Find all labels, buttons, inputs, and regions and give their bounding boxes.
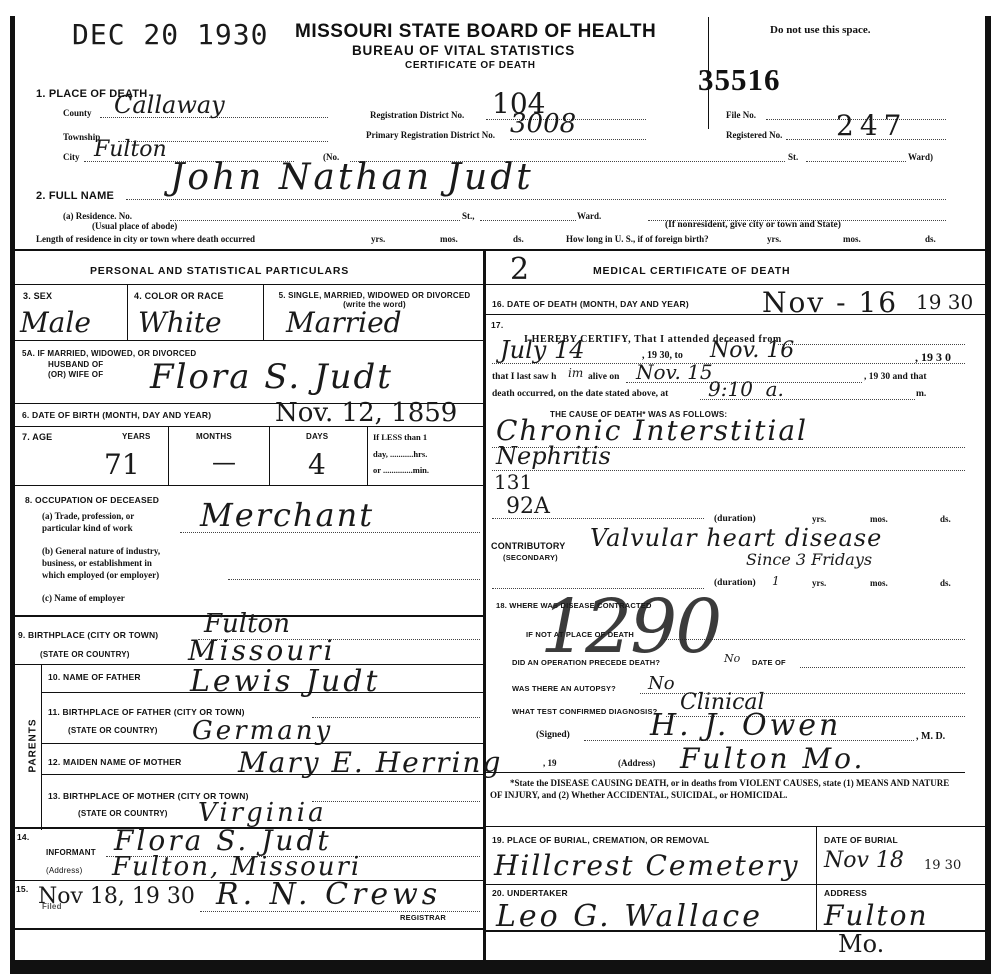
primary-registration-district-value: 3008 <box>510 109 576 139</box>
contributory-duration-value: 1 <box>772 574 780 588</box>
rule <box>127 285 128 340</box>
father-birthplace-value[interactable]: Germany <box>192 716 333 746</box>
father-name-value[interactable]: Lewis Judt <box>190 664 381 699</box>
parents-side-label: PARENTS <box>28 718 39 772</box>
medical-section-mark: 2 <box>510 252 529 287</box>
cause-footnote: *State the DISEASE CAUSING DEATH, or in … <box>490 777 960 801</box>
age-days-label: DAYS <box>306 432 328 441</box>
board-title: MISSOURI STATE BOARD OF HEALTH <box>295 21 656 43</box>
mother-birthplace-state-label: (STATE OR COUNTRY) <box>78 809 168 818</box>
bureau-title: BUREAU OF VITAL STATISTICS <box>352 43 575 58</box>
rule <box>41 665 42 830</box>
length-of-residence-label: Length of residence in city or town wher… <box>36 234 255 244</box>
received-date-stamp: DEC 20 1930 <box>72 18 268 51</box>
autopsy-value: No <box>648 673 675 694</box>
trade-value: Merchant <box>200 496 374 534</box>
physician-address-value[interactable]: Fulton Mo. <box>680 742 865 775</box>
birthplace-city-label: 9. BIRTHPLACE (CITY OR TOWN) <box>18 630 158 640</box>
rule <box>486 930 985 932</box>
death-time-suffix: m. <box>916 389 926 399</box>
age-days-value[interactable]: 4 <box>308 448 326 481</box>
residence-ds-label: ds. <box>513 234 524 244</box>
rule <box>486 884 985 885</box>
birthplace-state-label: (STATE OR COUNTRY) <box>40 650 130 659</box>
burial-place-label: 19. PLACE OF BURIAL, CREMATION, OR REMOV… <box>492 835 709 845</box>
signed-year-label: , 19 <box>543 758 557 768</box>
filed-number: 15. <box>16 884 28 894</box>
birthplace-state-value[interactable]: Missouri <box>188 634 336 667</box>
full-name-label: 2. FULL NAME <box>36 190 114 202</box>
rule <box>367 427 368 485</box>
primary-registration-district-field[interactable]: 3008 <box>510 127 646 140</box>
burial-date-year: 19 30 <box>924 858 961 873</box>
residence-yrs-label: yrs. <box>371 234 385 244</box>
burial-date-value[interactable]: Nov 18 <box>824 848 904 873</box>
informant-label: INFORMANT <box>46 848 96 857</box>
operation-date-label: DATE OF <box>752 658 786 667</box>
rule <box>41 743 483 744</box>
contributory-yrs-label: yrs. <box>812 578 826 588</box>
father-birthplace-city-field[interactable] <box>312 707 480 718</box>
registrar-field[interactable]: R. N. Crews <box>200 901 480 912</box>
file-no-label: File No. <box>726 110 756 120</box>
cause-code-2: 92A <box>506 494 550 519</box>
industry-field[interactable] <box>228 569 480 580</box>
attended-from-value: July 14 <box>500 336 584 364</box>
operation-label: DID AN OPERATION PRECEDE DEATH? <box>512 658 660 667</box>
page-border-bottom <box>10 960 991 974</box>
usual-place-note: (Usual place of abode) <box>92 221 177 231</box>
trade-label-2: particular kind of work <box>42 523 133 533</box>
rule <box>14 426 483 427</box>
rule <box>816 827 817 930</box>
rule <box>486 826 985 827</box>
industry-label-1: (b) General nature of industry, <box>42 546 160 556</box>
nonresident-note: (If nonresident, give city or town and S… <box>665 220 841 230</box>
city-label: City <box>63 152 80 162</box>
death-time-value: 9:10 a. <box>708 377 784 401</box>
death-occurred-label: death occurred, on the date stated above… <box>492 389 668 399</box>
occupation-label: 8. OCCUPATION OF DECEASED <box>25 495 159 505</box>
md-label: , M. D. <box>916 731 945 742</box>
undertaker-value[interactable]: Leo G. Wallace <box>496 899 763 934</box>
residence-ward-label: Ward. <box>577 211 601 221</box>
registered-no-label: Registered No. <box>726 130 782 140</box>
registration-district-label: Registration District No. <box>370 110 464 120</box>
rule <box>14 284 483 285</box>
age-months-label: MONTHS <box>196 432 232 441</box>
cause-code-1: 131 <box>494 470 532 494</box>
residence-street-label: St., <box>462 211 475 221</box>
operation-value[interactable]: No <box>724 652 740 665</box>
full-name-field[interactable]: John Nathan Judt <box>126 187 946 200</box>
us-ds-label: ds. <box>925 234 936 244</box>
page-border-left <box>10 16 15 968</box>
registrar-label: REGISTRAR <box>400 913 446 922</box>
trade-field[interactable]: Merchant <box>180 522 480 533</box>
filed-date-value[interactable]: Nov 18, 19 30 <box>38 884 195 909</box>
secondary-label: (SECONDARY) <box>503 553 558 562</box>
full-name-value: John Nathan Judt <box>170 157 534 198</box>
column-divider <box>483 250 486 960</box>
cause-duration-label: (duration) <box>714 514 756 524</box>
rule <box>41 774 483 775</box>
burial-date-label: DATE OF BURIAL <box>824 835 898 845</box>
contributory-value[interactable]: Valvular heart disease <box>590 524 882 552</box>
attended-to-year: , 19 3 0 <box>915 350 951 365</box>
contributory-label: CONTRIBUTORY <box>491 541 565 551</box>
primary-registration-district-label: Primary Registration District No. <box>366 130 495 140</box>
county-field[interactable]: Callaway <box>100 105 328 118</box>
marital-status-value[interactable]: Married <box>286 306 402 339</box>
rule <box>486 314 985 315</box>
last-saw-pronoun: im <box>568 366 583 380</box>
contributory-ds-label: ds. <box>940 578 951 588</box>
diagnosis-test-label: WHAT TEST CONFIRMED DIAGNOSIS? <box>512 707 657 716</box>
residence-number-field[interactable] <box>170 208 460 221</box>
last-saw-year: , 19 30 and that <box>864 372 927 382</box>
autopsy-label: WAS THERE AN AUTOPSY? <box>512 684 616 693</box>
undertaker-address-label: ADDRESS <box>824 888 867 898</box>
age-label: 7. AGE <box>22 432 52 442</box>
how-long-in-us-label: How long in U. S., if of foreign birth? <box>566 234 709 244</box>
undertaker-address-value-2: Mo. <box>838 930 884 958</box>
contributory-mos-label: mos. <box>870 578 888 588</box>
age-years-value[interactable]: 71 <box>104 448 140 481</box>
rule <box>168 427 169 485</box>
death-time-field[interactable]: 9:10 a. <box>700 389 915 400</box>
informant-address-label: (Address) <box>46 866 82 875</box>
spouse-value[interactable]: Flora S. Judt <box>150 357 393 397</box>
alive-on-label: alive on <box>588 372 619 382</box>
date-of-birth-label: 6. DATE OF BIRTH (MONTH, DAY AND YEAR) <box>22 410 211 420</box>
cause-mos-label: mos. <box>870 514 888 524</box>
operation-date-field[interactable] <box>800 657 965 668</box>
rule <box>486 772 965 773</box>
county-label: County <box>63 108 92 118</box>
residence-ward-field[interactable] <box>480 208 576 221</box>
date-of-death-label: 16. DATE OF DEATH (MONTH, DAY AND YEAR) <box>492 299 689 309</box>
personal-section-title: PERSONAL AND STATISTICAL PARTICULARS <box>90 265 349 277</box>
physician-signature-field[interactable]: H. J. Owen <box>584 730 914 741</box>
rule <box>778 334 965 345</box>
contributory-value-2: Since 3 Fridays <box>746 550 872 569</box>
age-years-label: YEARS <box>122 432 151 441</box>
residence-label: (a) Residence. No. <box>63 211 132 221</box>
trade-label-1: (a) Trade, profession, or <box>42 511 134 521</box>
last-saw-label: that I last saw h <box>492 372 556 382</box>
rule <box>269 427 270 485</box>
race-value[interactable]: White <box>138 306 222 339</box>
registered-no-value: 247 <box>836 109 907 142</box>
rule <box>486 284 985 285</box>
certification-number: 17. <box>491 320 503 330</box>
street-label: St. <box>788 152 798 162</box>
header-bottom-rule <box>14 249 985 251</box>
medical-section-title: MEDICAL CERTIFICATE OF DEATH <box>593 265 790 277</box>
signed-label: (Signed) <box>536 730 570 740</box>
residence-mos-label: mos. <box>440 234 458 244</box>
last-saw-date-value: Nov. 15 <box>636 360 713 384</box>
county-value: Callaway <box>114 91 225 119</box>
cause-ds-label: ds. <box>940 514 951 524</box>
page-border-right <box>985 16 991 968</box>
rule <box>41 692 483 693</box>
sex-label: 3. SEX <box>23 291 52 301</box>
rule <box>14 485 483 486</box>
ward-label: Ward) <box>908 152 933 162</box>
cause-yrs-label: yrs. <box>812 514 826 524</box>
rule <box>14 340 483 341</box>
physician-address-label: (Address) <box>618 758 655 768</box>
spouse-label-3: (OR) WIFE OF <box>48 370 103 379</box>
rule <box>14 928 483 930</box>
sex-value[interactable]: Male <box>20 306 91 339</box>
cause-line-2-value: Nephritis <box>496 442 611 470</box>
certificate-title: CERTIFICATE OF DEATH <box>405 60 536 71</box>
attended-to-value: Nov. 16 <box>710 338 794 363</box>
registered-no-field[interactable]: 247 <box>786 127 946 140</box>
certificate-number: 35516 <box>698 62 781 98</box>
less-than-label: If LESS than 1 <box>373 432 427 442</box>
father-birthplace-state-label: (STATE OR COUNTRY) <box>68 726 158 735</box>
do-not-use-note: Do not use this space. <box>770 24 871 36</box>
industry-label-3: which employed (or employer) <box>42 570 159 580</box>
father-name-label: 10. NAME OF FATHER <box>48 672 141 682</box>
mother-birthplace-city-field[interactable] <box>312 791 480 802</box>
undertaker-label: 20. UNDERTAKER <box>492 888 568 898</box>
us-yrs-label: yrs. <box>767 234 781 244</box>
hours-field[interactable]: day, ...........hrs. <box>373 449 427 459</box>
date-of-birth-value[interactable]: Nov. 12, 1859 <box>275 398 457 428</box>
ward-field[interactable] <box>806 149 906 162</box>
mother-maiden-name-label: 12. MAIDEN NAME OF MOTHER <box>48 757 181 767</box>
burial-place-value[interactable]: Hillcrest Cemetery <box>494 849 800 882</box>
spouse-label-2: HUSBAND OF <box>48 360 103 369</box>
registrar-signature: R. N. Crews <box>216 877 441 912</box>
minutes-field[interactable]: or ..............min. <box>373 465 429 475</box>
physician-signature: H. J. Owen <box>650 708 841 743</box>
date-of-death-year[interactable]: 19 30 <box>916 290 973 314</box>
rule <box>263 285 264 340</box>
industry-label-2: business, or establishment in <box>42 558 152 568</box>
race-label: 4. COLOR OR RACE <box>134 291 224 301</box>
informant-number: 14. <box>17 832 29 842</box>
city-value: Fulton <box>94 137 167 162</box>
employer-label: (c) Name of employer <box>42 593 125 603</box>
undertaker-address-value[interactable]: Fulton <box>824 899 929 932</box>
us-mos-label: mos. <box>843 234 861 244</box>
age-months-value[interactable]: — <box>212 448 236 476</box>
